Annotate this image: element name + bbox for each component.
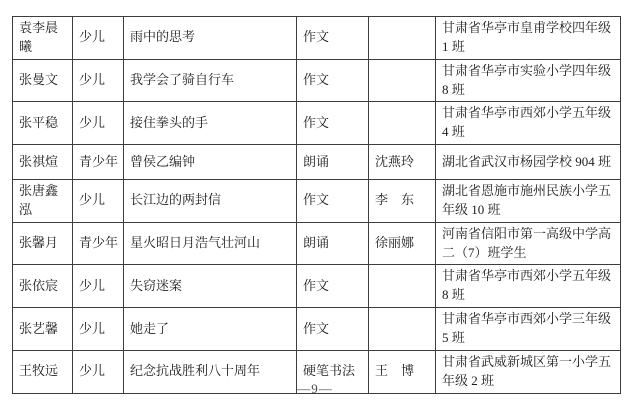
table-row: 张祺煊青少年曾侯乙编钟朗诵沈燕玲湖北省武汉市杨园学校 904 班 xyxy=(13,145,621,180)
cell-title: 曾侯乙编钟 xyxy=(124,145,297,180)
cell-instructor: 李 东 xyxy=(369,180,436,223)
cell-instructor xyxy=(369,17,436,60)
cell-school: 河南省信阳市第一高级中学高二（7）班学生 xyxy=(436,222,621,265)
document-page: 袁李晨曦少儿雨中的思考作文甘肃省华亭市皇甫学校四年级 1 班张曼文少儿我学会了骑… xyxy=(0,0,630,418)
table-row: 张曼文少儿我学会了骑自行车作文甘肃省华亭市实验小学四年级 8 班 xyxy=(13,59,621,102)
cell-name: 袁李晨曦 xyxy=(13,17,73,60)
cell-name: 张曼文 xyxy=(13,59,73,102)
cell-category: 少儿 xyxy=(73,59,124,102)
cell-category: 少儿 xyxy=(73,265,124,308)
cell-title: 接住拳头的手 xyxy=(124,102,297,145)
cell-school: 甘肃省华亭市西郊小学五年级 8 班 xyxy=(436,265,621,308)
cell-school: 湖北省恩施市施州民族小学五年级 10 班 xyxy=(436,180,621,223)
entries-table: 袁李晨曦少儿雨中的思考作文甘肃省华亭市皇甫学校四年级 1 班张曼文少儿我学会了骑… xyxy=(12,16,621,394)
cell-title: 失窃迷案 xyxy=(124,265,297,308)
cell-name: 张平稳 xyxy=(13,102,73,145)
cell-school: 湖北省武汉市杨园学校 904 班 xyxy=(436,145,621,180)
entries-table-body: 袁李晨曦少儿雨中的思考作文甘肃省华亭市皇甫学校四年级 1 班张曼文少儿我学会了骑… xyxy=(13,17,621,394)
cell-school: 甘肃省华亭市实验小学四年级 8 班 xyxy=(436,59,621,102)
cell-title: 我学会了骑自行车 xyxy=(124,59,297,102)
page-number: —9— xyxy=(297,381,333,396)
cell-school: 甘肃省华亭市皇甫学校四年级 1 班 xyxy=(436,17,621,60)
cell-category: 少儿 xyxy=(73,102,124,145)
cell-type: 作文 xyxy=(297,102,369,145)
table-row: 袁李晨曦少儿雨中的思考作文甘肃省华亭市皇甫学校四年级 1 班 xyxy=(13,17,621,60)
cell-instructor xyxy=(369,59,436,102)
cell-name: 张唐鑫泓 xyxy=(13,180,73,223)
cell-instructor: 徐丽娜 xyxy=(369,222,436,265)
cell-title: 雨中的思考 xyxy=(124,17,297,60)
cell-type: 朗诵 xyxy=(297,222,369,265)
cell-category: 青少年 xyxy=(73,222,124,265)
cell-instructor xyxy=(369,308,436,351)
cell-title: 星火昭日月浩气壮河山 xyxy=(124,222,297,265)
cell-name: 张艺馨 xyxy=(13,308,73,351)
cell-type: 作文 xyxy=(297,308,369,351)
cell-type: 作文 xyxy=(297,180,369,223)
page-footer: —9— xyxy=(0,381,630,397)
cell-category: 少儿 xyxy=(73,17,124,60)
cell-category: 少儿 xyxy=(73,180,124,223)
table-row: 张艺馨少儿她走了作文甘肃省华亭市西郊小学三年级 5 班 xyxy=(13,308,621,351)
cell-title: 她走了 xyxy=(124,308,297,351)
cell-instructor xyxy=(369,265,436,308)
table-row: 张馨月青少年星火昭日月浩气壮河山朗诵徐丽娜河南省信阳市第一高级中学高二（7）班学… xyxy=(13,222,621,265)
cell-school: 甘肃省华亭市西郊小学五年级 4 班 xyxy=(436,102,621,145)
cell-name: 张祺煊 xyxy=(13,145,73,180)
cell-title: 长江边的两封信 xyxy=(124,180,297,223)
cell-category: 青少年 xyxy=(73,145,124,180)
cell-name: 张依宸 xyxy=(13,265,73,308)
cell-school: 甘肃省华亭市西郊小学三年级 5 班 xyxy=(436,308,621,351)
cell-type: 作文 xyxy=(297,59,369,102)
cell-type: 朗诵 xyxy=(297,145,369,180)
cell-name: 张馨月 xyxy=(13,222,73,265)
cell-category: 少儿 xyxy=(73,308,124,351)
cell-type: 作文 xyxy=(297,265,369,308)
table-row: 张平稳少儿接住拳头的手作文甘肃省华亭市西郊小学五年级 4 班 xyxy=(13,102,621,145)
table-row: 张依宸少儿失窃迷案作文甘肃省华亭市西郊小学五年级 8 班 xyxy=(13,265,621,308)
cell-instructor xyxy=(369,102,436,145)
table-row: 张唐鑫泓少儿长江边的两封信作文李 东湖北省恩施市施州民族小学五年级 10 班 xyxy=(13,180,621,223)
cell-instructor: 沈燕玲 xyxy=(369,145,436,180)
cell-type: 作文 xyxy=(297,17,369,60)
